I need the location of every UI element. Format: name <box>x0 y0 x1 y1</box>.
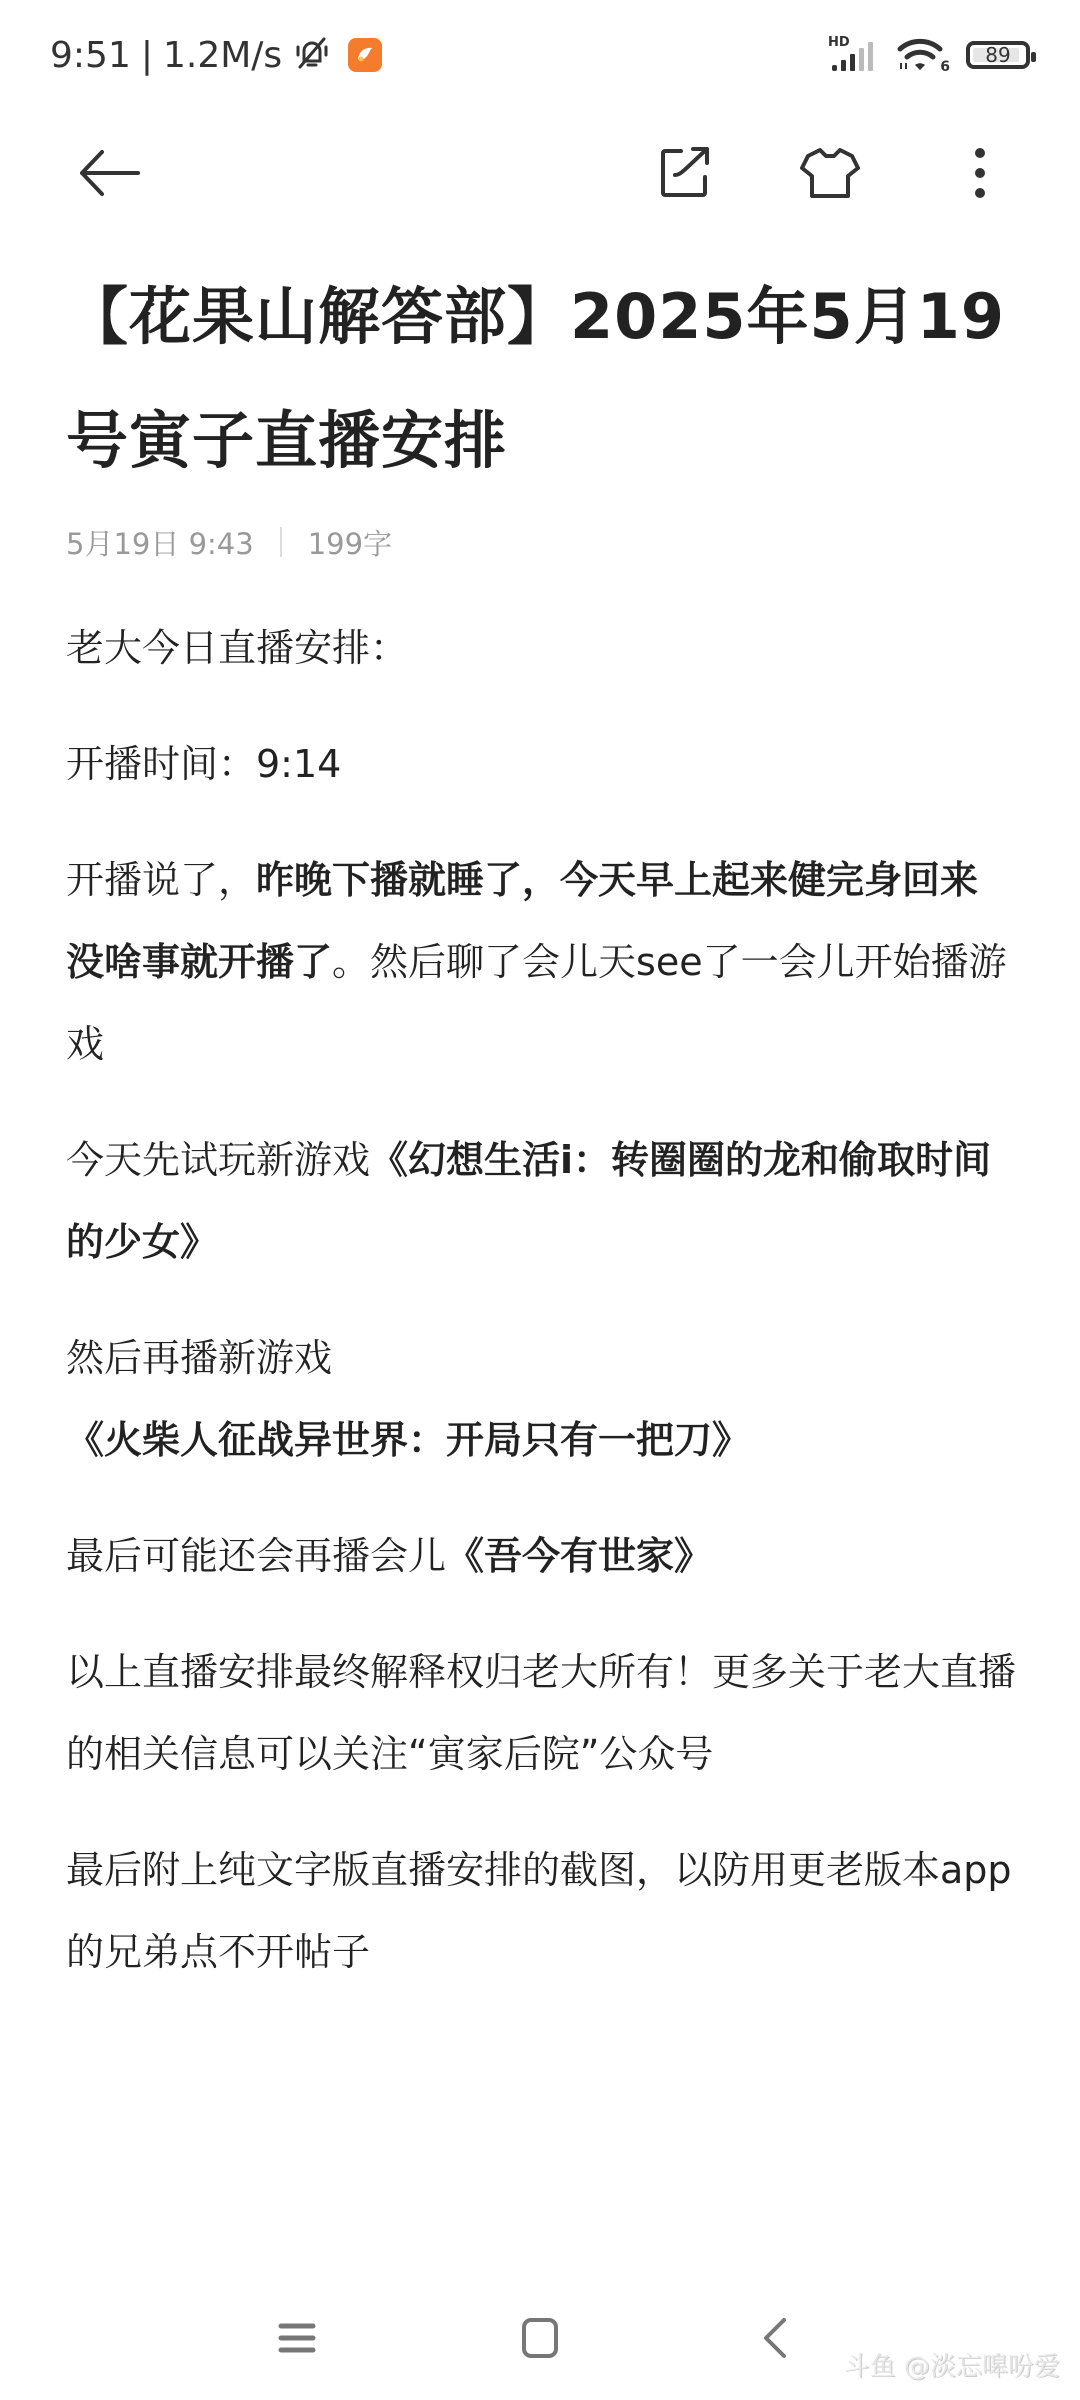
chevron-left-icon <box>760 2316 790 2364</box>
network-speed: 1.2M/s <box>163 35 282 76</box>
word-count: 199字 <box>308 522 392 563</box>
publish-date: 5月19日 9:43 <box>66 522 254 563</box>
theme-button[interactable] <box>795 140 865 210</box>
status-right: HD 6 89 <box>828 30 1030 80</box>
article-body: 老大今日直播安排： 开播时间：9:14 开播说了，昨晚下播就睡了，今天早上起来健… <box>66 607 1016 1993</box>
article-title: 【花果山解答部】2025年5月19号寅子直播安排 <box>66 255 1016 503</box>
paragraph: 老大今日直播安排： <box>66 607 1016 689</box>
text-segment: 今天先试玩新游戏 <box>66 1138 370 1182</box>
menu-icon <box>277 2318 317 2362</box>
paragraph: 开播说了，昨晚下播就睡了，今天早上起来健完身回来没啥事就开播了。然后聊了会儿天s… <box>66 839 1016 1085</box>
arrow-left-icon <box>78 148 142 202</box>
watermark: 斗鱼 @淡忘嗥吩爱 <box>844 2346 1060 2383</box>
status-separator: | <box>141 35 153 76</box>
article-meta: 5月19日 9:43 199字 <box>66 517 1016 567</box>
status-time: 9:51 <box>50 35 131 76</box>
text-segment: 然后再播新游戏 <box>66 1336 332 1380</box>
home-square-icon <box>520 2316 560 2364</box>
text-segment: 开播时间：9:14 <box>66 742 341 786</box>
share-external-icon <box>659 147 711 203</box>
status-left: 9:51 | 1.2M/s <box>50 30 382 80</box>
more-options-button[interactable] <box>945 140 1015 210</box>
battery-indicator: 89 <box>966 41 1030 69</box>
game-title-bold: 《吾今有世家》 <box>446 1534 712 1578</box>
paragraph: 今天先试玩新游戏《幻想生活i：转圈圈的龙和偷取时间的少女》 <box>66 1119 1016 1283</box>
signal-icon: HD <box>828 35 878 75</box>
more-vertical-icon <box>973 146 987 204</box>
text-segment: 最后附上纯文字版直播安排的截图，以防用更老版本app的兄弟点不开帖子 <box>66 1848 1012 1974</box>
home-button[interactable] <box>500 2300 580 2380</box>
text-segment: 以上直播安排最终解释权归老大所有！更多关于老大直播的相关信息可以关注“寅家后院”… <box>66 1650 1016 1776</box>
article: 【花果山解答部】2025年5月19号寅子直播安排 5月19日 9:43 199字… <box>66 255 1016 2027</box>
paragraph: 以上直播安排最终解释权归老大所有！更多关于老大直播的相关信息可以关注“寅家后院”… <box>66 1631 1016 1795</box>
meta-divider <box>280 527 282 557</box>
paragraph: 开播时间：9:14 <box>66 723 1016 805</box>
top-toolbar <box>0 120 1080 230</box>
recent-apps-button[interactable] <box>257 2300 337 2380</box>
text-segment: 最后可能还会再播会儿 <box>66 1534 446 1578</box>
t-shirt-icon <box>800 146 860 204</box>
text-segment: 开播说了， <box>66 858 256 902</box>
text-segment: 老大今日直播安排： <box>66 626 408 670</box>
paragraph: 最后附上纯文字版直播安排的截图，以防用更老版本app的兄弟点不开帖子 <box>66 1829 1016 1993</box>
paragraph: 最后可能还会再播会儿《吾今有世家》 <box>66 1515 1016 1597</box>
douyu-notification-icon <box>348 38 382 72</box>
wifi-icon: 6 <box>896 35 948 75</box>
paragraph: 然后再播新游戏《火柴人征战异世界：开局只有一把刀》 <box>66 1317 1016 1481</box>
bell-muted-icon <box>292 33 332 77</box>
wifi-6-label: 6 <box>940 59 950 75</box>
status-bar: 9:51 | 1.2M/s HD 6 89 <box>0 0 1080 110</box>
battery-level: 89 <box>985 43 1010 67</box>
share-button[interactable] <box>650 140 720 210</box>
game-title-bold: 《火柴人征战异世界：开局只有一把刀》 <box>66 1418 750 1462</box>
system-back-button[interactable] <box>735 2300 815 2380</box>
back-button[interactable] <box>75 140 145 210</box>
